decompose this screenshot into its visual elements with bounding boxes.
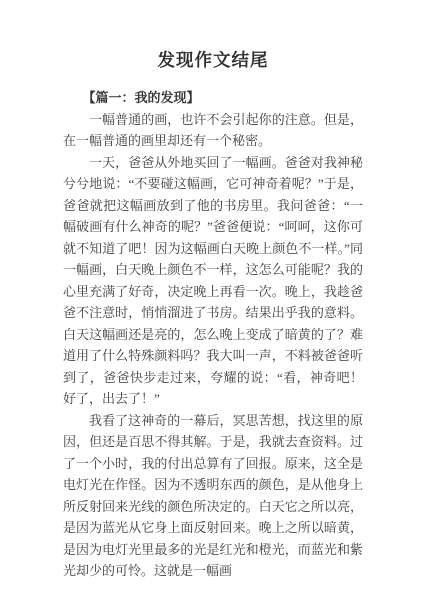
paragraph: 一幅普通的画，也许不会引起你的注意。但是，在一幅普通的画里却还有一个秘密。 (63, 109, 363, 152)
section-heading: 【篇一：我的发现】 (63, 87, 363, 109)
document-content: 发现作文结尾 【篇一：我的发现】 一幅普通的画，也许不会引起你的注意。但是，在一… (0, 0, 424, 582)
paragraph: 我看了这神奇的一幕后，冥思苦想，找这里的原因，但还是百思不得其解。于是，我就去查… (63, 410, 363, 582)
document-title: 发现作文结尾 (63, 47, 363, 74)
paragraph: 一天，爸爸从外地买回了一幅画。爸爸对我神秘兮兮地说：“不要碰这幅画，它可神奇着呢… (63, 152, 363, 410)
document-page: 发现作文结尾 【篇一：我的发现】 一幅普通的画，也许不会引起你的注意。但是，在一… (0, 0, 424, 600)
